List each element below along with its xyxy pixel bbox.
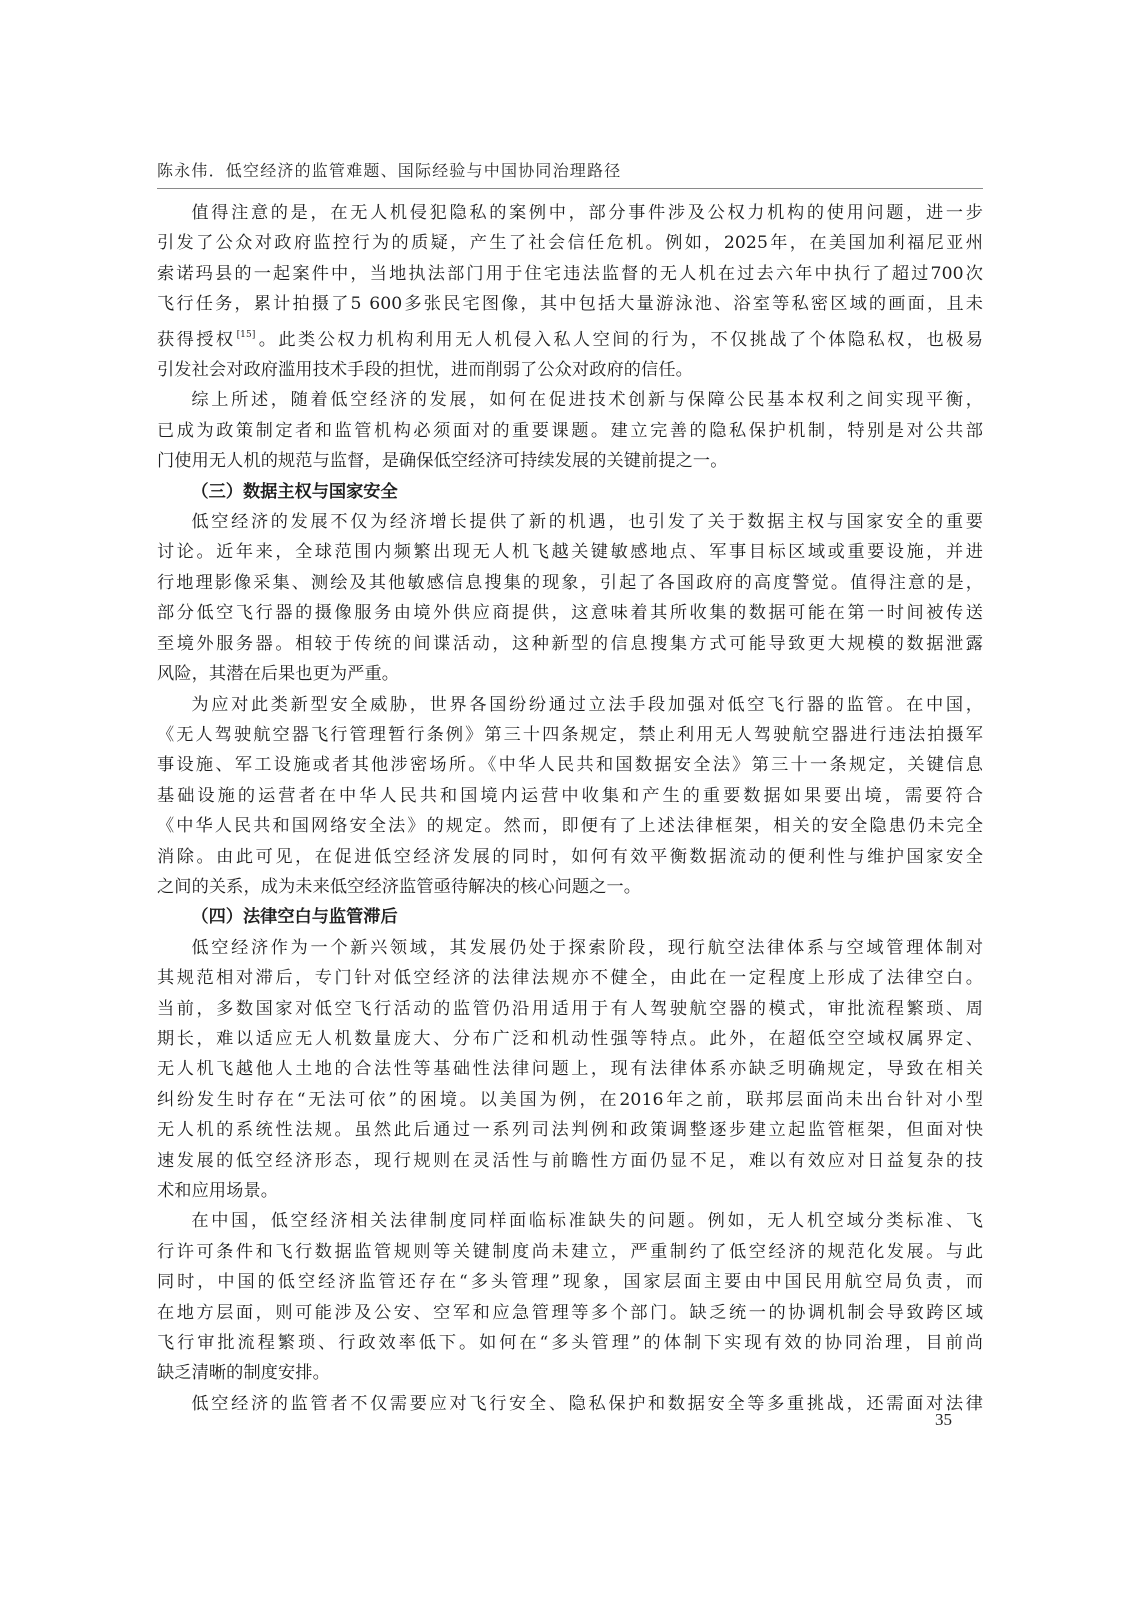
text-line: 在地方层面，则可能涉及公安、空军和应急管理等多个部门。缺乏统一的协调机制会导致跨… — [157, 1298, 983, 1328]
paragraph-summary: 综上所述，随着低空经济的发展，如何在促进技术创新与保障公民基本权利之间实现平衡，… — [157, 385, 983, 476]
citation-ref[interactable]: [15] — [237, 330, 256, 340]
running-title: 陈永伟．低空经济的监管难题、国际经验与中国协同治理路径 — [157, 158, 983, 189]
text-line: 无人机飞越他人土地的合法性等基础性法律问题上，现有法律体系亦缺乏明确规定，导致在… — [157, 1054, 983, 1084]
text-line: 之间的关系，成为未来低空经济监管亟待解决的核心问题之一。 — [157, 872, 983, 902]
text-line: 低空经济的发展不仅为经济增长提供了新的机遇，也引发了关于数据主权与国家安全的重要 — [157, 507, 983, 537]
text-line: 索诺玛县的一起案件中，当地执法部门用于住宅违法监督的无人机在过去六年中执行了超过… — [157, 259, 983, 289]
paragraph-china-standards: 在中国，低空经济相关法律制度同样面临标准缺失的问题。例如，无人机空域分类标准、飞… — [157, 1206, 983, 1388]
text-line: 《中华人民共和国网络安全法》的规定。然而，即便有了上述法律框架，相关的安全隐患仍… — [157, 811, 983, 841]
text-line: 飞行审批流程繁琐、行政效率低下。如何在“多头管理”的体制下实现有效的协同治理，目… — [157, 1328, 983, 1358]
text-line: 飞行任务，累计拍摄了5 600多张民宅图像，其中包括大量游泳池、浴室等私密区域的… — [157, 289, 983, 319]
paragraph-legal-gap: 低空经济作为一个新兴领域，其发展仍处于探索阶段，现行航空法律体系与空域管理体制对… — [157, 933, 983, 1207]
text-line: 《无人驾驶航空器飞行管理暂行条例》第三十四条规定，禁止利用无人驾驶航空器进行违法… — [157, 720, 983, 750]
text-line: 引发社会对政府滥用技术手段的担忧，进而削弱了公众对政府的信任。 — [157, 355, 983, 385]
text-line: 综上所述，随着低空经济的发展，如何在促进技术创新与保障公民基本权利之间实现平衡， — [157, 385, 983, 415]
text-line: 行地理影像采集、测绘及其他敏感信息搜集的现象，引起了各国政府的高度警觉。值得注意… — [157, 568, 983, 598]
text-line: 期长，难以适应无人机数量庞大、分布广泛和机动性强等特点。此外，在超低空空域权属界… — [157, 1024, 983, 1054]
text-segment: 获得授权 — [157, 330, 236, 350]
page-number: 35 — [935, 1410, 952, 1430]
section-heading-data-sovereignty: （三）数据主权与国家安全 — [157, 477, 983, 507]
text-line: 当前，多数国家对低空飞行活动的监管仍沿用适用于有人驾驶航空器的模式，审批流程繁琐… — [157, 994, 983, 1024]
text-line: 部分低空飞行器的摄像服务由境外供应商提供，这意味着其所收集的数据可能在第一时间被… — [157, 598, 983, 628]
text-line: 同时，中国的低空经济监管还存在“多头管理”现象，国家层面主要由中国民用航空局负责… — [157, 1267, 983, 1297]
paragraph-legislation: 为应对此类新型安全威胁，世界各国纷纷通过立法手段加强对低空飞行器的监管。在中国，… — [157, 690, 983, 903]
text-line: 引发了公众对政府监控行为的质疑，产生了社会信任危机。例如，2025年，在美国加利… — [157, 228, 983, 258]
text-line: 已成为政策制定者和监管机构必须面对的重要课题。建立完善的隐私保护机制，特别是对公… — [157, 416, 983, 446]
section-heading-legal-gap: （四）法律空白与监管滞后 — [157, 902, 983, 932]
paragraph-privacy-public-power: 值得注意的是，在无人机侵犯隐私的案例中，部分事件涉及公权力机构的使用问题，进一步… — [157, 198, 983, 385]
text-line: 消除。由此可见，在促进低空经济发展的同时，如何有效平衡数据流动的便利性与维护国家… — [157, 842, 983, 872]
paragraph-data-sovereignty: 低空经济的发展不仅为经济增长提供了新的机遇，也引发了关于数据主权与国家安全的重要… — [157, 507, 983, 689]
text-line: 速发展的低空经济形态，现行规则在灵活性与前瞻性方面仍显不足，难以有效应对日益复杂… — [157, 1146, 983, 1176]
article-body: 值得注意的是，在无人机侵犯隐私的案例中，部分事件涉及公权力机构的使用问题，进一步… — [157, 198, 983, 1419]
text-line: 低空经济的监管者不仅需要应对飞行安全、隐私保护和数据安全等多重挑战，还需面对法律 — [157, 1389, 983, 1419]
text-line: 为应对此类新型安全威胁，世界各国纷纷通过立法手段加强对低空飞行器的监管。在中国， — [157, 690, 983, 720]
text-line: 术和应用场景。 — [157, 1176, 983, 1206]
text-line: 在中国，低空经济相关法律制度同样面临标准缺失的问题。例如，无人机空域分类标准、飞 — [157, 1206, 983, 1236]
text-line: 至境外服务器。相较于传统的间谍活动，这种新型的信息搜集方式可能导致更大规模的数据… — [157, 629, 983, 659]
text-line-with-citation: 获得授权[15]。此类公权力机构利用无人机侵入私人空间的行为，不仅挑战了个体隐私… — [157, 320, 983, 355]
text-line: 风险，其潜在后果也更为严重。 — [157, 659, 983, 689]
text-line: 缺乏清晰的制度安排。 — [157, 1358, 983, 1388]
paragraph-regulator-challenges: 低空经济的监管者不仅需要应对飞行安全、隐私保护和数据安全等多重挑战，还需面对法律 — [157, 1389, 983, 1419]
text-line: 无人机的系统性法规。虽然此后通过一系列司法判例和政策调整逐步建立起监管框架，但面… — [157, 1115, 983, 1145]
text-line: 其规范相对滞后，专门针对低空经济的法律法规亦不健全，由此在一定程度上形成了法律空… — [157, 963, 983, 993]
text-line: 值得注意的是，在无人机侵犯隐私的案例中，部分事件涉及公权力机构的使用问题，进一步 — [157, 198, 983, 228]
text-line: 基础设施的运营者在中华人民共和国境内运营中收集和产生的重要数据如果要出境，需要符… — [157, 781, 983, 811]
text-line: 门使用无人机的规范与监督，是确保低空经济可持续发展的关键前提之一。 — [157, 446, 983, 476]
text-line: 纠纷发生时存在“无法可依”的困境。以美国为例，在2016年之前，联邦层面尚未出台… — [157, 1085, 983, 1115]
text-line: 讨论。近年来，全球范围内频繁出现无人机飞越关键敏感地点、军事目标区域或重要设施，… — [157, 537, 983, 567]
text-line: 事设施、军工设施或者其他涉密场所。《中华人民共和国数据安全法》第三十一条规定，关… — [157, 750, 983, 780]
text-line: 低空经济作为一个新兴领域，其发展仍处于探索阶段，现行航空法律体系与空域管理体制对 — [157, 933, 983, 963]
text-line: 行许可条件和飞行数据监管规则等关键制度尚未建立，严重制约了低空经济的规范化发展。… — [157, 1237, 983, 1267]
text-segment: 。此类公权力机构利用无人机侵入私人空间的行为，不仅挑战了个体隐私权，也极易 — [256, 330, 983, 350]
